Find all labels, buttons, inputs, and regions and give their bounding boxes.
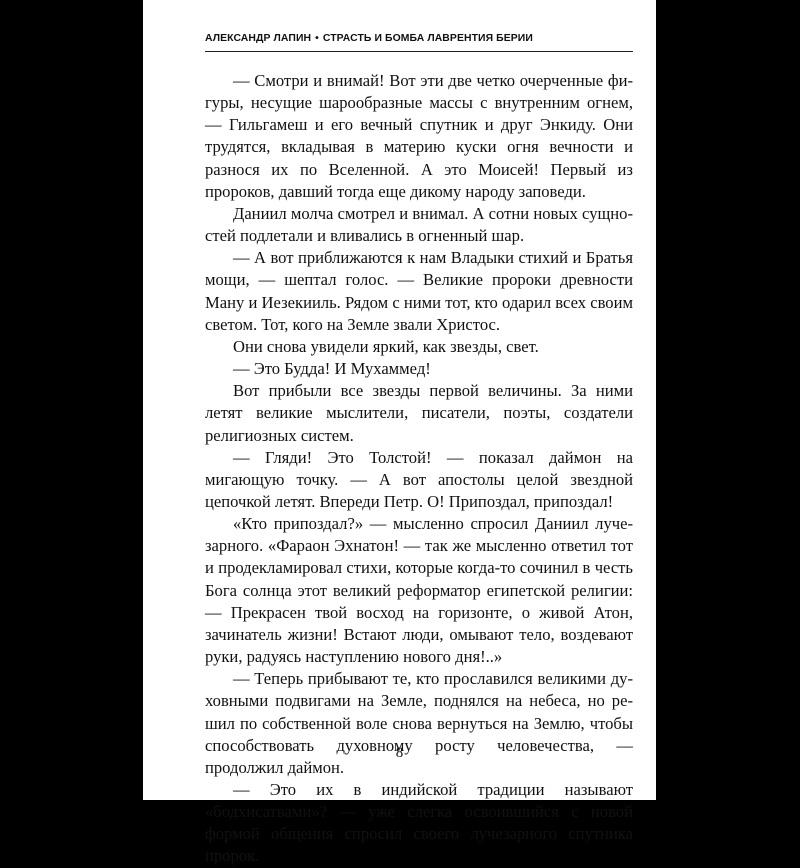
- body-text: — Смотри и внимай! Вот эти две четко оче…: [205, 70, 633, 800]
- paragraph: — Гляди! Это Толстой! — показал даймон н…: [205, 447, 633, 513]
- paragraph: — Это их в индийской традиции называют «…: [205, 779, 633, 800]
- running-head-separator: •: [311, 33, 323, 44]
- paragraph: — А вот приближаются к нам Владыки стихи…: [205, 247, 633, 336]
- paragraph: Они снова увидели яркий, как звезды, све…: [205, 336, 633, 358]
- running-head-author: АЛЕКСАНДР ЛАПИН: [205, 33, 311, 44]
- paragraph: — Это Будда! И Мухаммед!: [205, 358, 633, 380]
- header-rule: [205, 51, 633, 52]
- paragraph: «Кто припоздал?» — мысленно спросил Дани…: [205, 513, 633, 668]
- paragraph: Вот прибыли все звезды первой величины. …: [205, 380, 633, 446]
- paragraph: Даниил молча смотрел и внимал. А сотни н…: [205, 203, 633, 247]
- book-page: АЛЕКСАНДР ЛАПИН•СТРАСТЬ И БОМБА ЛАВРЕНТИ…: [143, 0, 656, 800]
- page-number: 8: [143, 745, 656, 762]
- running-head: АЛЕКСАНДР ЛАПИН•СТРАСТЬ И БОМБА ЛАВРЕНТИ…: [205, 33, 633, 44]
- paragraph: — Теперь прибывают те, кто прославился в…: [205, 668, 633, 779]
- running-head-title: СТРАСТЬ И БОМБА ЛАВРЕНТИЯ БЕРИИ: [323, 33, 533, 44]
- paragraph: — Смотри и внимай! Вот эти две четко оче…: [205, 70, 633, 203]
